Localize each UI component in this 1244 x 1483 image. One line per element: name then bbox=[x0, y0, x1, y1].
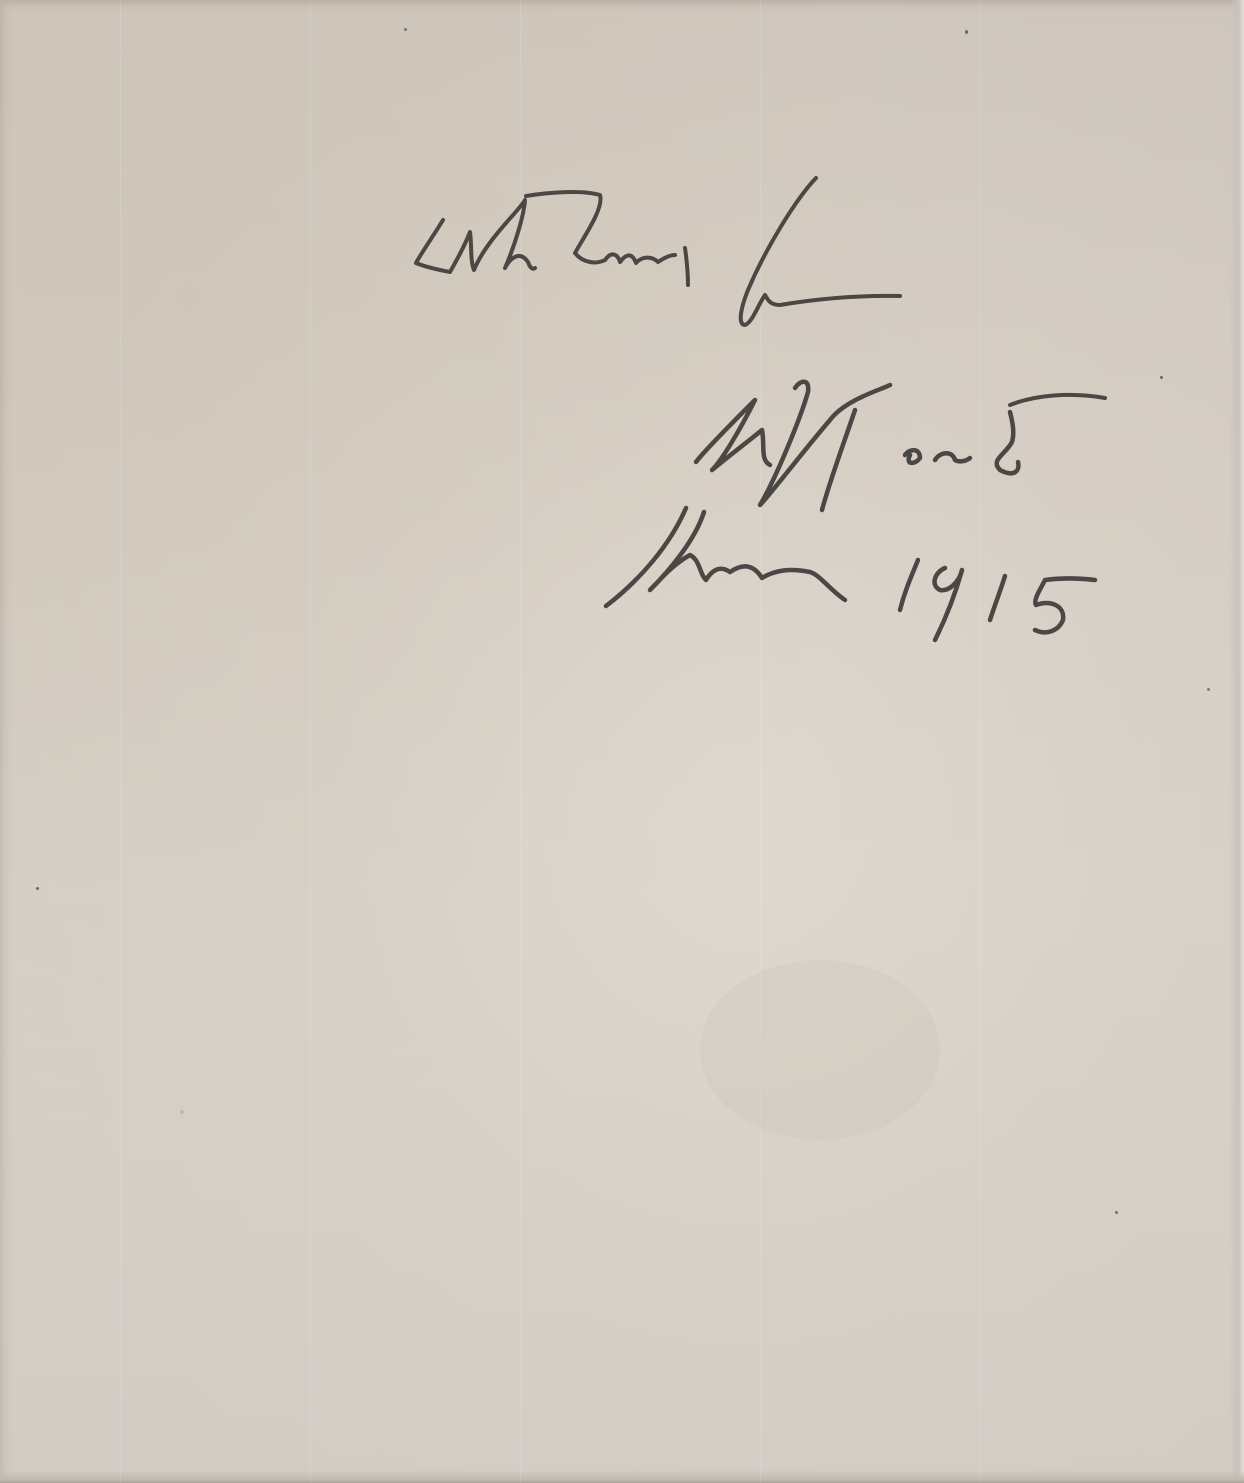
stroke-year-1b bbox=[990, 576, 1005, 620]
stroke-year-9 bbox=[935, 568, 962, 640]
stroke-yeats bbox=[822, 410, 1018, 510]
stroke-love bbox=[605, 248, 688, 285]
stroke-year-5 bbox=[1035, 579, 1095, 633]
paper-page: With love from Lily Yeats Xmas 1915 bbox=[0, 0, 1244, 1483]
handwritten-inscription: With love from Lily Yeats Xmas 1915 bbox=[0, 0, 1244, 1483]
handwriting-strokes bbox=[0, 0, 1244, 1483]
stroke-with bbox=[416, 200, 535, 272]
stroke-lily bbox=[696, 400, 770, 470]
stroke-lily-loop bbox=[760, 382, 890, 505]
stroke-yeats-crossbar bbox=[1010, 395, 1105, 405]
stroke-with-crossbar bbox=[526, 192, 605, 262]
stroke-xmas bbox=[606, 508, 845, 606]
stroke-from bbox=[741, 178, 900, 325]
stroke-year-1 bbox=[900, 560, 918, 610]
